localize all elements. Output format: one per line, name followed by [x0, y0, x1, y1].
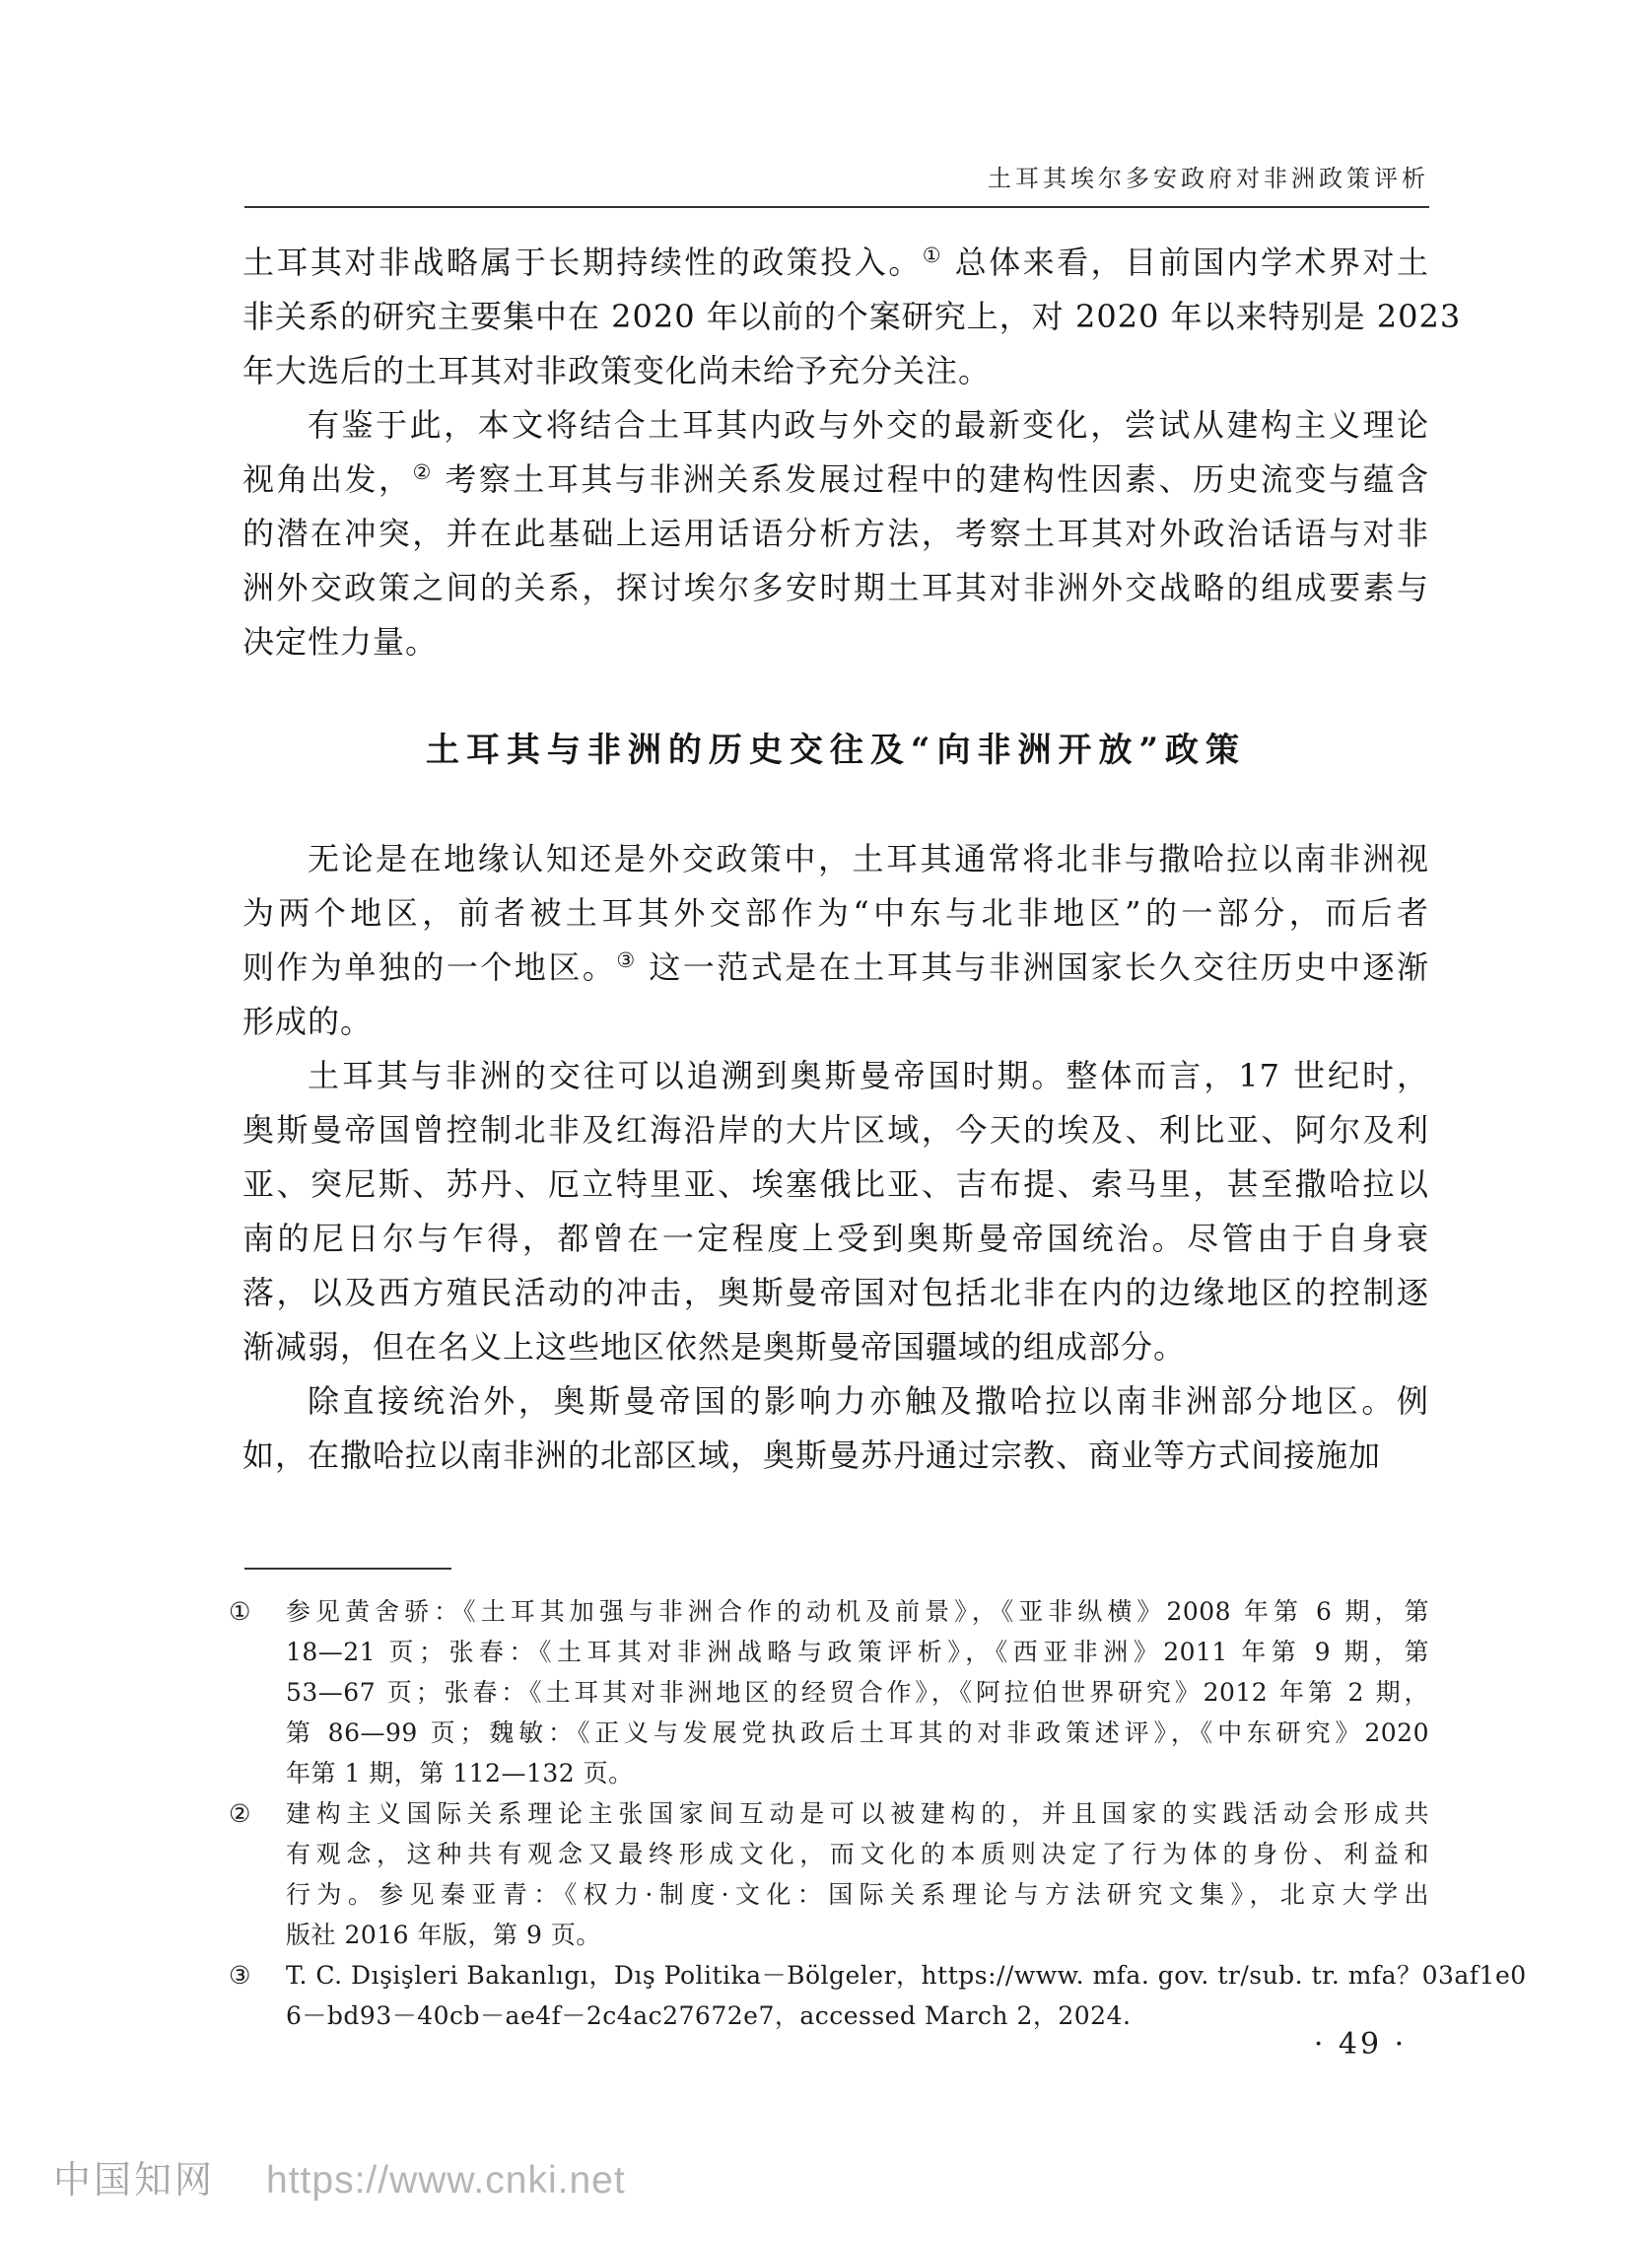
body-text-line: 的潜在冲突，并在此基础上运用话语分析方法，考察土耳其对外政治话语与对非 — [242, 507, 1429, 561]
watermark-footer: 中国知网 https://www.cnki.net — [53, 2149, 626, 2204]
footnote-text-line: 有观念，这种共有观念又最终形成文化，而文化的本质则决定了行为体的身份、利益和 — [286, 1834, 1429, 1874]
document-page: 土耳其埃尔多安政府对非洲政策评析 土耳其对非战略属于长期持续性的政策投入。① 总… — [0, 0, 1652, 2243]
body-text-line: 视角出发，② 考察土耳其与非洲关系发展过程中的建构性因素、历史流变与蕴含 — [242, 453, 1429, 507]
body-text-line: 年大选后的土耳其对非政策变化尚未给予充分关注。 — [242, 344, 1429, 398]
body-text-line: 土耳其与非洲的交往可以追溯到奥斯曼帝国时期。整体而言，17 世纪时， — [242, 1049, 1429, 1103]
footnote-text-line: 年第 1 期，第 112—132 页。 — [286, 1753, 1429, 1793]
running-header-title: 土耳其埃尔多安政府对非洲政策评析 — [988, 159, 1429, 193]
body-text-line: 非关系的研究主要集中在 2020 年以前的个案研究上，对 2020 年以来特别是… — [242, 290, 1429, 344]
footnote-text-line: 第 86—99 页；魏敏：《正义与发展党执政后土耳其的对非政策述评》，《中东研究… — [286, 1713, 1429, 1753]
footnote-text: T. C. Dışişleri Bakanlıgı，Dış Politika－B… — [286, 1955, 1429, 2036]
footnote-text-line: 建构主义国际关系理论主张国家间互动是可以被建构的，并且国家的实践活动会形成共 — [286, 1793, 1429, 1834]
body-text-line: 为两个地区，前者被土耳其外交部作为“中东与北非地区”的一部分，而后者 — [242, 886, 1429, 941]
footnote-text-line: 版社 2016 年版，第 9 页。 — [286, 1915, 1429, 1955]
footnote-marker: ① — [229, 1591, 286, 1632]
footnote-marker: ② — [229, 1793, 286, 1834]
footnote-text-line: T. C. Dışişleri Bakanlıgı，Dış Politika－B… — [286, 1955, 1429, 1996]
body-text-line: 决定性力量。 — [242, 615, 1429, 669]
footnote-ref: ② — [412, 460, 432, 484]
header-rule — [244, 206, 1429, 208]
footnote: ①参见黄舍骄：《土耳其加强与非洲合作的动机及前景》，《亚非纵横》2008 年第 … — [229, 1591, 1429, 1793]
body-text-line: 则作为单独的一个地区。③ 这一范式是在土耳其与非洲国家长久交往历史中逐渐 — [242, 941, 1429, 995]
footnote-marker: ③ — [229, 1955, 286, 1996]
footnote: ②建构主义国际关系理论主张国家间互动是可以被建构的，并且国家的实践活动会形成共有… — [229, 1793, 1429, 1955]
body-text-line: 如，在撒哈拉以南非洲的北部区域，奥斯曼苏丹通过宗教、商业等方式间接施加 — [242, 1429, 1429, 1483]
body-text-line: 渐减弱，但在名义上这些地区依然是奥斯曼帝国疆域的组成部分。 — [242, 1320, 1429, 1374]
footnote-separator-rule — [244, 1568, 451, 1570]
body-text-line: 形成的。 — [242, 995, 1429, 1049]
body-text-line: 亚、突尼斯、苏丹、厄立特里亚、埃塞俄比亚、吉布提、索马里，甚至撒哈拉以 — [242, 1157, 1429, 1212]
section-heading: 土耳其与非洲的历史交往及“向非洲开放”政策 — [242, 721, 1429, 780]
footnote-text: 参见黄舍骄：《土耳其加强与非洲合作的动机及前景》，《亚非纵横》2008 年第 6… — [286, 1591, 1429, 1793]
body-text-line: 有鉴于此，本文将结合土耳其内政与外交的最新变化，尝试从建构主义理论 — [242, 398, 1429, 453]
page-number: · 49 · — [1309, 2027, 1411, 2062]
cnki-url-watermark[interactable]: https://www.cnki.net — [266, 2159, 626, 2203]
body-text-line: 洲外交政策之间的关系，探讨埃尔多安时期土耳其对非洲外交战略的组成要素与 — [242, 561, 1429, 615]
footnote-ref: ① — [923, 244, 942, 267]
footnote-text-line: 6－bd93－40cb－ae4f－2c4ac27672e7，accessed M… — [286, 1996, 1429, 2036]
footnote: ③T. C. Dışişleri Bakanlıgı，Dış Politika－… — [229, 1955, 1429, 2036]
body-paragraphs-top: 土耳其对非战略属于长期持续性的政策投入。① 总体来看，目前国内学术界对土非关系的… — [242, 236, 1429, 669]
body-text-line: 除直接统治外，奥斯曼帝国的影响力亦触及撒哈拉以南非洲部分地区。例 — [242, 1374, 1429, 1429]
body-text-line: 土耳其对非战略属于长期持续性的政策投入。① 总体来看，目前国内学术界对土 — [242, 236, 1429, 290]
body-text-line: 南的尼日尔与乍得，都曾在一定程度上受到奥斯曼帝国统治。尽管由于自身衰 — [242, 1212, 1429, 1266]
footnote-text-line: 行为。参见秦亚青：《权力·制度·文化：国际关系理论与方法研究文集》，北京大学出 — [286, 1874, 1429, 1915]
body-text-line: 落，以及西方殖民活动的冲击，奥斯曼帝国对包括北非在内的边缘地区的控制逐 — [242, 1266, 1429, 1320]
footnotes-block: ①参见黄舍骄：《土耳其加强与非洲合作的动机及前景》，《亚非纵横》2008 年第 … — [229, 1591, 1429, 2036]
footnote-text-line: 参见黄舍骄：《土耳其加强与非洲合作的动机及前景》，《亚非纵横》2008 年第 6… — [286, 1591, 1429, 1632]
footnote-ref: ③ — [616, 948, 636, 972]
footnote-text: 建构主义国际关系理论主张国家间互动是可以被建构的，并且国家的实践活动会形成共有观… — [286, 1793, 1429, 1955]
body-paragraphs-section: 无论是在地缘认知还是外交政策中，土耳其通常将北非与撒哈拉以南非洲视为两个地区，前… — [242, 832, 1429, 1483]
footnote-text-line: 18—21 页；张春：《土耳其对非洲战略与政策评析》，《西亚非洲》2011 年第… — [286, 1632, 1429, 1672]
footnote-text-line: 53—67 页；张春：《土耳其对非洲地区的经贸合作》，《阿拉伯世界研究》2012… — [286, 1672, 1429, 1713]
cnki-brand-watermark: 中国知网 — [53, 2149, 215, 2204]
body-text-line: 奥斯曼帝国曾控制北非及红海沿岸的大片区域，今天的埃及、利比亚、阿尔及利 — [242, 1103, 1429, 1157]
body-text-line: 无论是在地缘认知还是外交政策中，土耳其通常将北非与撒哈拉以南非洲视 — [242, 832, 1429, 886]
